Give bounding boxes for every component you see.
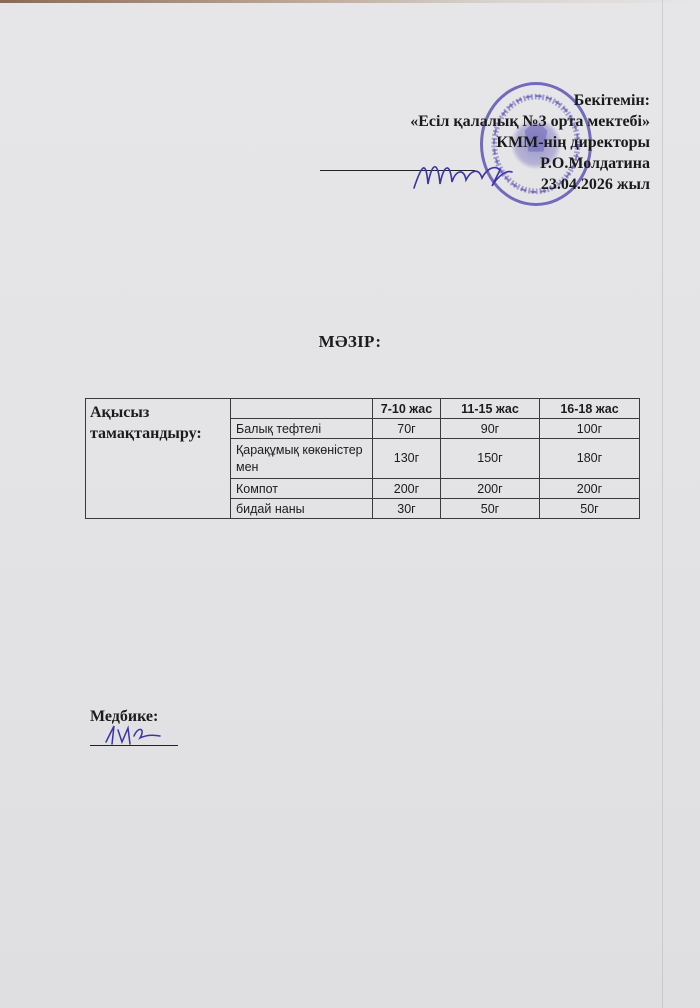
- portion-value: 90г: [441, 419, 540, 439]
- paper-fold: [662, 0, 663, 1008]
- portion-value: 200г: [540, 479, 640, 499]
- approval-heading: Бекітемін:: [410, 90, 650, 111]
- portion-value: 130г: [373, 439, 441, 479]
- director-signature-icon: [408, 150, 518, 196]
- free-meals-label: Ақысыз тамақтандыру:: [86, 399, 231, 519]
- column-header-age-11-15: 11-15 жас: [441, 399, 540, 419]
- column-header-age-7-10: 7-10 жас: [373, 399, 441, 419]
- portion-value: 50г: [441, 499, 540, 519]
- portion-value: 200г: [373, 479, 441, 499]
- portion-value: 200г: [441, 479, 540, 499]
- page-title: МӘЗІР:: [0, 332, 700, 352]
- column-header-empty: [231, 399, 373, 419]
- column-header-age-16-18: 16-18 жас: [540, 399, 640, 419]
- food-name: бидай наны: [231, 499, 373, 519]
- food-name: Балық тефтелі: [231, 419, 373, 439]
- menu-table: Ақысыз тамақтандыру: 7-10 жас 11-15 жас …: [85, 398, 640, 519]
- food-name: Қарақұмық көкөністер мен: [231, 439, 373, 479]
- food-name: Компот: [231, 479, 373, 499]
- table-header-row: Ақысыз тамақтандыру: 7-10 жас 11-15 жас …: [86, 399, 640, 419]
- school-name: «Есіл қалалық №3 орта мектебі»: [410, 111, 650, 132]
- portion-value: 50г: [540, 499, 640, 519]
- portion-value: 180г: [540, 439, 640, 479]
- nurse-signature-line: [90, 745, 178, 746]
- portion-value: 30г: [373, 499, 441, 519]
- paper-edge: [0, 0, 700, 3]
- director-name: Р.О.Молдатина: [540, 155, 650, 172]
- portion-value: 100г: [540, 419, 640, 439]
- portion-value: 70г: [373, 419, 441, 439]
- portion-value: 150г: [441, 439, 540, 479]
